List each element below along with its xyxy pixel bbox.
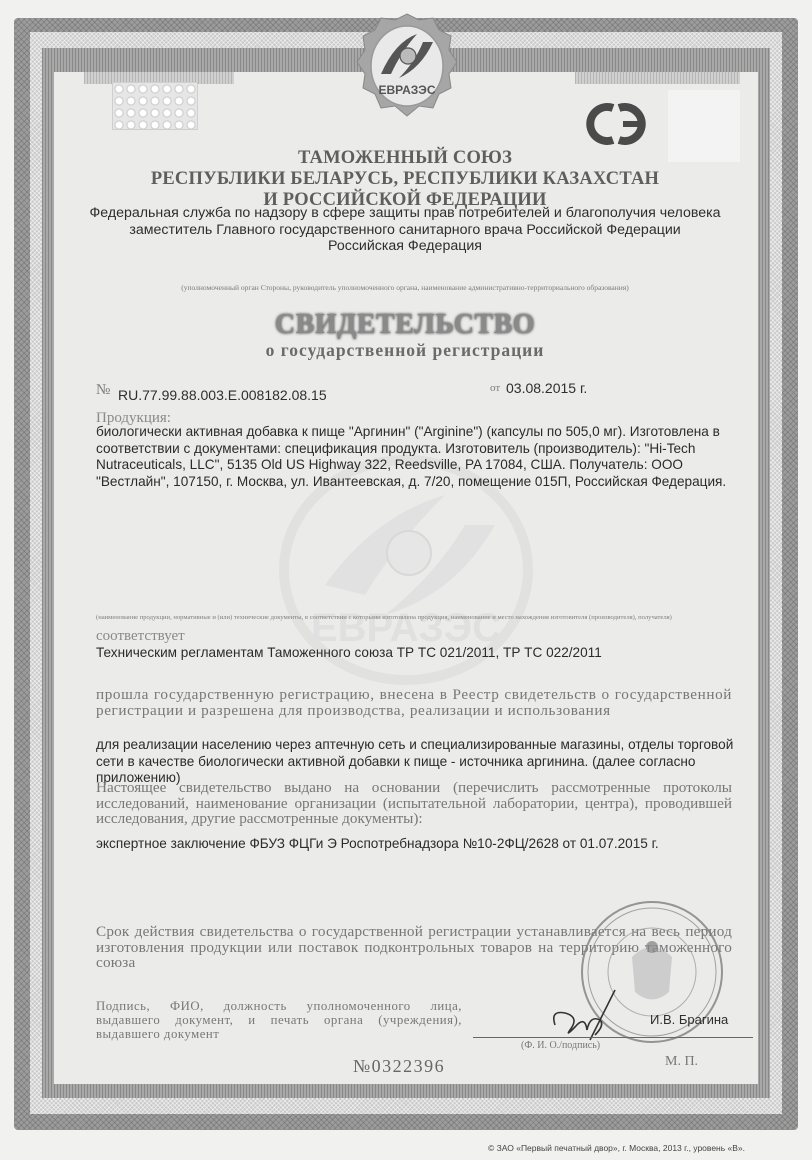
basis-text: Настоящее свидетельство выдано на основа… xyxy=(96,780,732,827)
date-prefix: от xyxy=(490,382,500,394)
agency-line-3: Российская Федерация xyxy=(60,238,750,255)
expert-conclusion: экспертное заключение ФБУЗ ФЦГи Э Роспот… xyxy=(96,836,756,853)
number-sign: № xyxy=(96,382,110,399)
svg-text:ЕВРАЗЭС: ЕВРАЗЭС xyxy=(378,83,435,97)
conformity-label: соответствует xyxy=(96,628,185,645)
fio-caption: (Ф. И. О./подпись) xyxy=(521,1040,600,1051)
printer-credit: © ЗАО «Первый печатный двор», г. Москва,… xyxy=(488,1143,745,1153)
conformity-text: Техническим регламентам Таможенного союз… xyxy=(96,645,756,662)
product-caption: (наименование продукции, нормативные и (… xyxy=(96,614,736,621)
signer-name: И.В. Брагина xyxy=(650,1012,728,1027)
signature-caption: Подпись, ФИО, должность уполномоченного … xyxy=(96,999,462,1041)
agency-line-1: Федеральная служба по надзору в сфере за… xyxy=(60,205,750,222)
hologram-sticker xyxy=(112,82,198,130)
registration-text: прошла государственную регистрацию, внес… xyxy=(96,687,732,718)
certificate-subtitle: о государственной регистрации xyxy=(60,340,750,361)
agency-line-2: заместитель Главного государственного са… xyxy=(60,222,750,239)
conformity-mark-icon xyxy=(583,98,663,150)
certificate-title: СВИДЕТЕЛЬСТВО xyxy=(60,309,750,341)
issuing-agency: Федеральная служба по надзору в сфере за… xyxy=(60,205,750,255)
union-line-2: РЕСПУБЛИКИ БЕЛАРУСЬ, РЕСПУБЛИКИ КАЗАХСТА… xyxy=(60,169,750,190)
union-line-1: ТАМОЖЕННЫЙ СОЮЗ xyxy=(60,148,750,169)
customs-union-title: ТАМОЖЕННЫЙ СОЮЗ РЕСПУБЛИКИ БЕЛАРУСЬ, РЕС… xyxy=(60,148,750,211)
agency-caption: (уполномоченный орган Стороны, руководит… xyxy=(60,283,750,292)
product-description: биологически активная добавка к пище "Ар… xyxy=(96,424,756,490)
svg-text:ЕВРАЗЭС: ЕВРАЗЭС xyxy=(311,606,501,650)
eurasec-emblem-icon: ЕВРАЗЭС xyxy=(355,12,459,120)
decor-strip-right xyxy=(575,72,740,84)
form-number: №0322396 xyxy=(353,1056,445,1077)
signature-icon xyxy=(545,985,630,1045)
seal-place-label: М. П. xyxy=(665,1054,698,1070)
registration-date: 03.08.2015 г. xyxy=(506,380,587,396)
registration-number: RU.77.99.88.003.E.008182.08.15 xyxy=(118,387,327,403)
signature-line xyxy=(473,1037,753,1038)
